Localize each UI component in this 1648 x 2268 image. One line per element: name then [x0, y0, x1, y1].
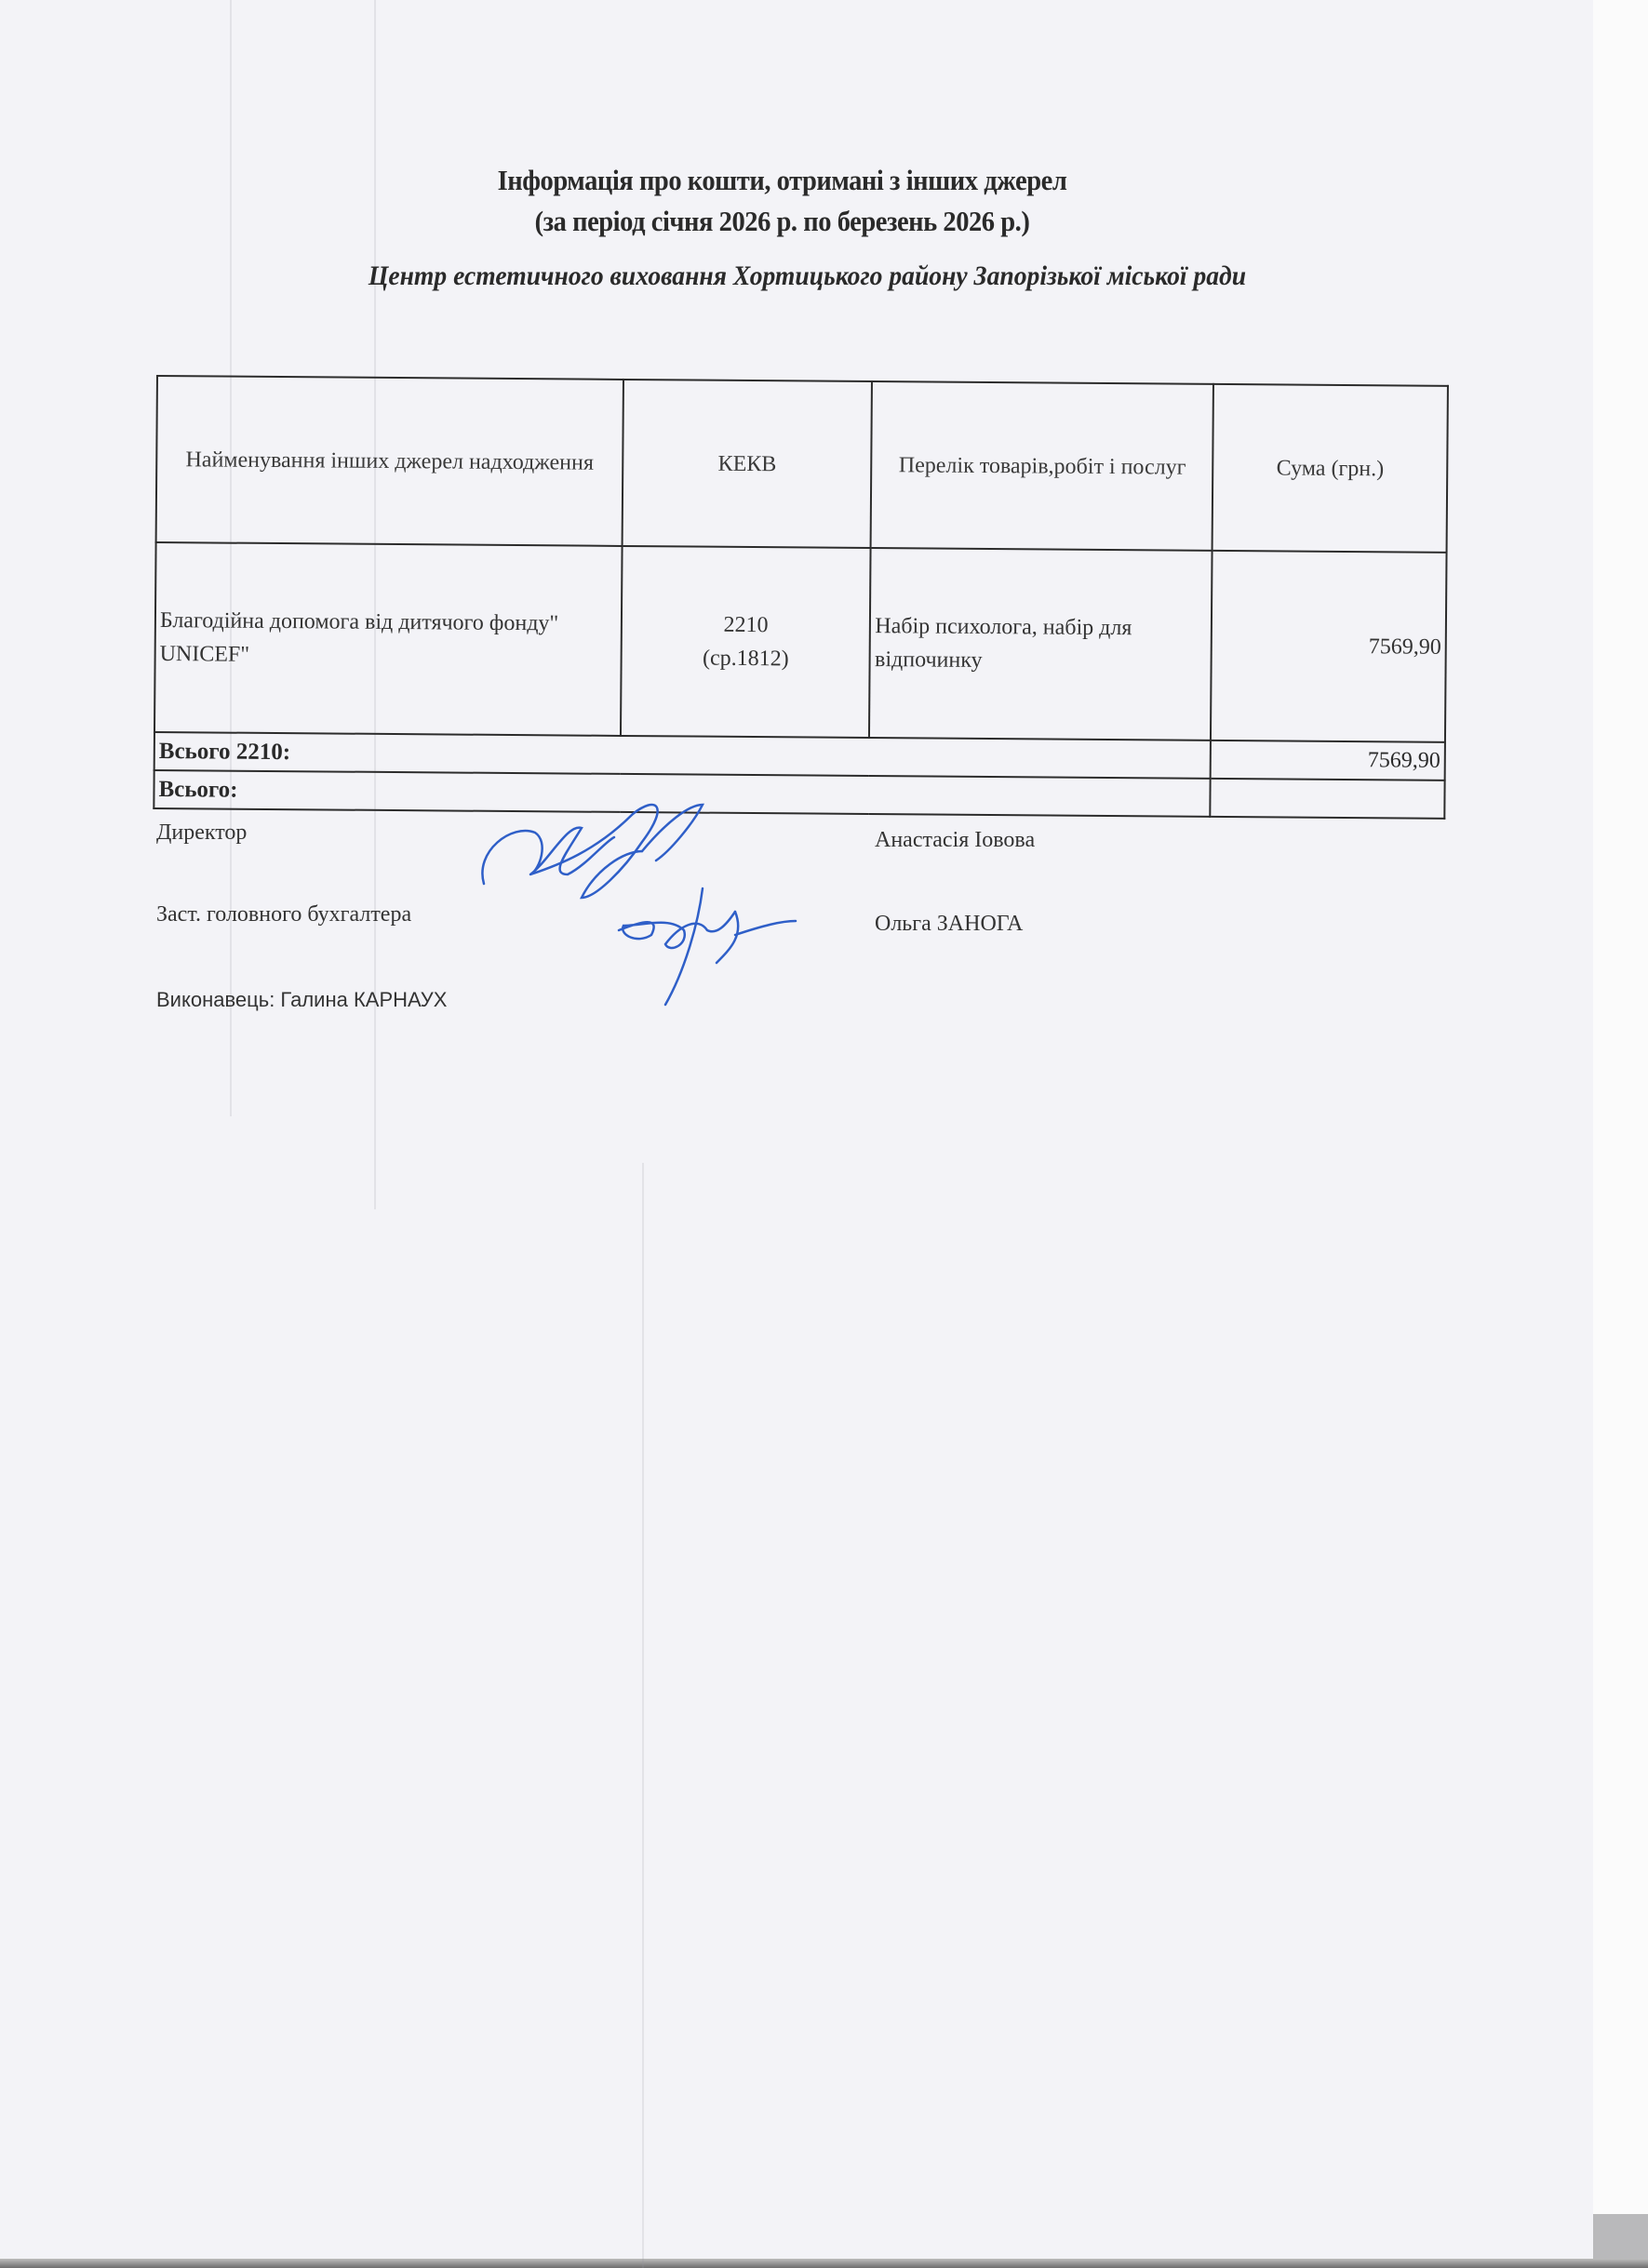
cell-kekv: 2210 (ср.1812) [621, 546, 871, 738]
header-source-name: Найменування інших джерел надходження [156, 376, 623, 546]
table-header-row: Найменування інших джерел надходження КЕ… [156, 376, 1448, 553]
document-period: (за період січня 2026 р. по березень 202… [24, 205, 1540, 238]
director-name: Анастасія Іовова [875, 828, 1035, 853]
document-title: Інформація про кошти, отримані з інших д… [24, 164, 1540, 197]
header-kekv: КЕКВ [623, 380, 873, 548]
scan-artifact [642, 1163, 644, 2268]
accountant-name: Ольга ЗАНОГА [875, 912, 1023, 937]
executor: Виконавець: Галина КАРНАУХ [156, 988, 447, 1012]
director-title: Директор [156, 820, 247, 846]
cell-goods-list: Набір психолога, набір для відпочинку [869, 548, 1213, 740]
header-sum: Сума (грн.) [1213, 384, 1448, 553]
table-row: Благодійна допомога від дитячого фонду" … [154, 542, 1447, 742]
accountant-title: Заст. головного бухгалтера [156, 902, 411, 927]
cell-source-name: Благодійна допомога від дитячого фонду" … [154, 542, 623, 736]
total-sum [1211, 779, 1445, 819]
subtotal-sum: 7569,90 [1211, 740, 1445, 780]
signature-icon [456, 786, 828, 1009]
scan-bottom-shadow [0, 2259, 1648, 2268]
cell-sum: 7569,90 [1211, 551, 1446, 742]
paper-edge [1593, 0, 1648, 2268]
kekv-note: (ср.1812) [625, 641, 865, 676]
funds-table: Найменування інших джерел надходження КЕ… [153, 375, 1449, 820]
header-goods-list: Перелік товарів,робіт і послуг [871, 381, 1213, 551]
organization-name: Центр естетичного виховання Хортицького … [49, 260, 1565, 292]
kekv-code: 2210 [626, 607, 866, 643]
